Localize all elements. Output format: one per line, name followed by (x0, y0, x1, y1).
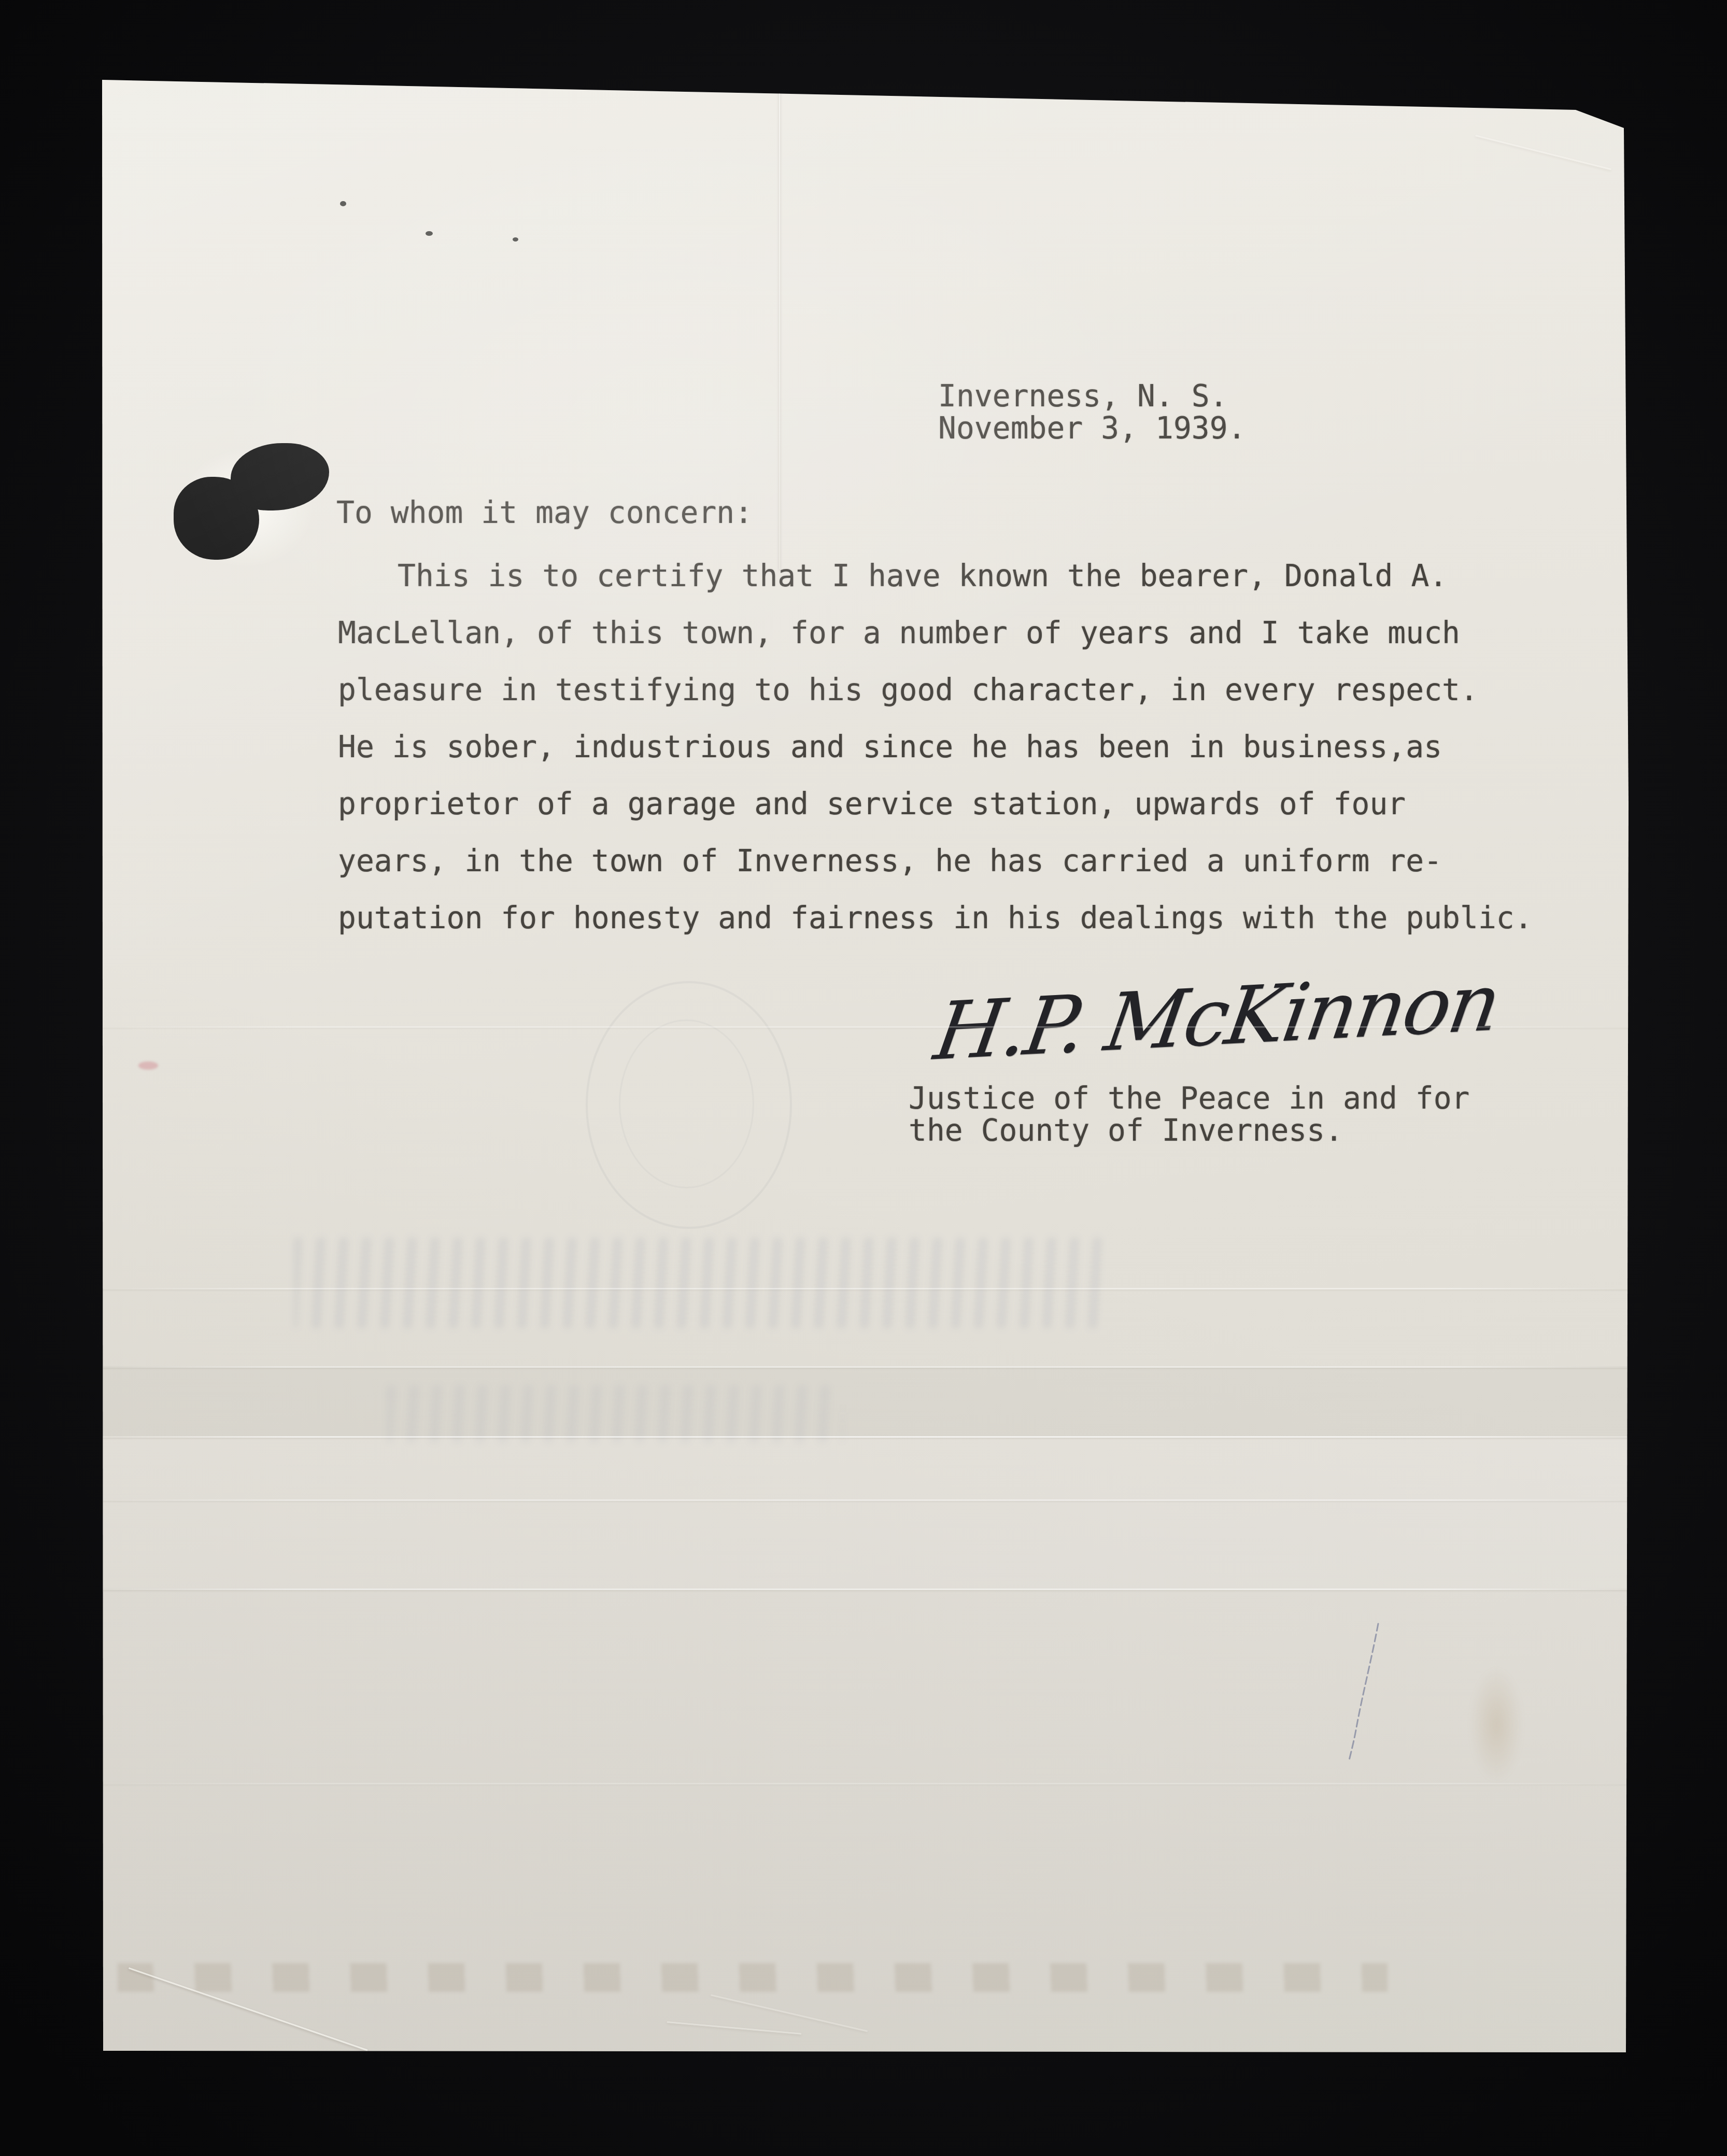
fold-crease (102, 1288, 1629, 1289)
fold-panel (102, 1366, 1629, 1436)
body-line: putation for honesty and fairness in his… (338, 889, 1533, 946)
smudge-band (118, 1963, 1388, 1992)
embossed-seal-watermark (586, 981, 792, 1229)
showthrough-ghost-text (294, 1238, 1102, 1328)
body-line: He is sober, industrious and since he ha… (338, 718, 1533, 775)
embossed-seal-inner-ring (619, 1019, 754, 1188)
fold-crease (102, 1436, 1629, 1438)
fold-panel (102, 1436, 1629, 1588)
corner-crease (1475, 135, 1611, 170)
fold-crease (102, 1366, 1629, 1368)
signature-title-line: Justice of the Peace in and for (909, 1082, 1470, 1114)
red-pencil-mark (138, 1061, 158, 1070)
scan-background: { "letter": { "place_line": "Inverness, … (0, 0, 1727, 2156)
body-line: MacLellan, of this town, for a number of… (338, 604, 1533, 661)
letter-body: This is to certify that I have known the… (338, 547, 1533, 946)
date-line: November 3, 1939. (938, 412, 1246, 444)
showthrough-ghost-text (387, 1385, 843, 1442)
fold-crease (102, 1499, 1629, 1501)
body-line: years, in the town of Inverness, he has … (338, 832, 1533, 889)
paper-speck (513, 237, 518, 242)
fold-crease (102, 1783, 1629, 1784)
vertical-crease (779, 77, 780, 569)
body-line: pleasure in testifying to his good chara… (338, 661, 1533, 718)
paper-speck (340, 201, 346, 206)
date-block: Inverness, N. S. November 3, 1939. (938, 380, 1246, 444)
signature-title-line: the County of Inverness. (909, 1114, 1470, 1146)
handwritten-signature: H.P. McKinnon (929, 956, 1505, 1078)
body-line: proprietor of a garage and service stati… (338, 775, 1533, 832)
salutation: To whom it may concern: (336, 497, 753, 529)
ink-blot-upper (231, 443, 329, 510)
signature-title-block: Justice of the Peace in and for the Coun… (909, 1082, 1470, 1146)
paper-speck (426, 231, 433, 236)
brown-stain (1470, 1668, 1522, 1782)
fold-crease (102, 1026, 1629, 1028)
body-line: This is to certify that I have known the… (338, 547, 1533, 604)
fold-crease (102, 1588, 1629, 1590)
ink-blot (153, 425, 339, 591)
pen-scratch-line (1336, 1621, 1408, 1777)
diagonal-crease (667, 2021, 801, 2035)
place-line: Inverness, N. S. (938, 380, 1246, 412)
letter-paper: Inverness, N. S. November 3, 1939. To wh… (102, 77, 1629, 2054)
diagonal-crease (711, 1994, 868, 2032)
